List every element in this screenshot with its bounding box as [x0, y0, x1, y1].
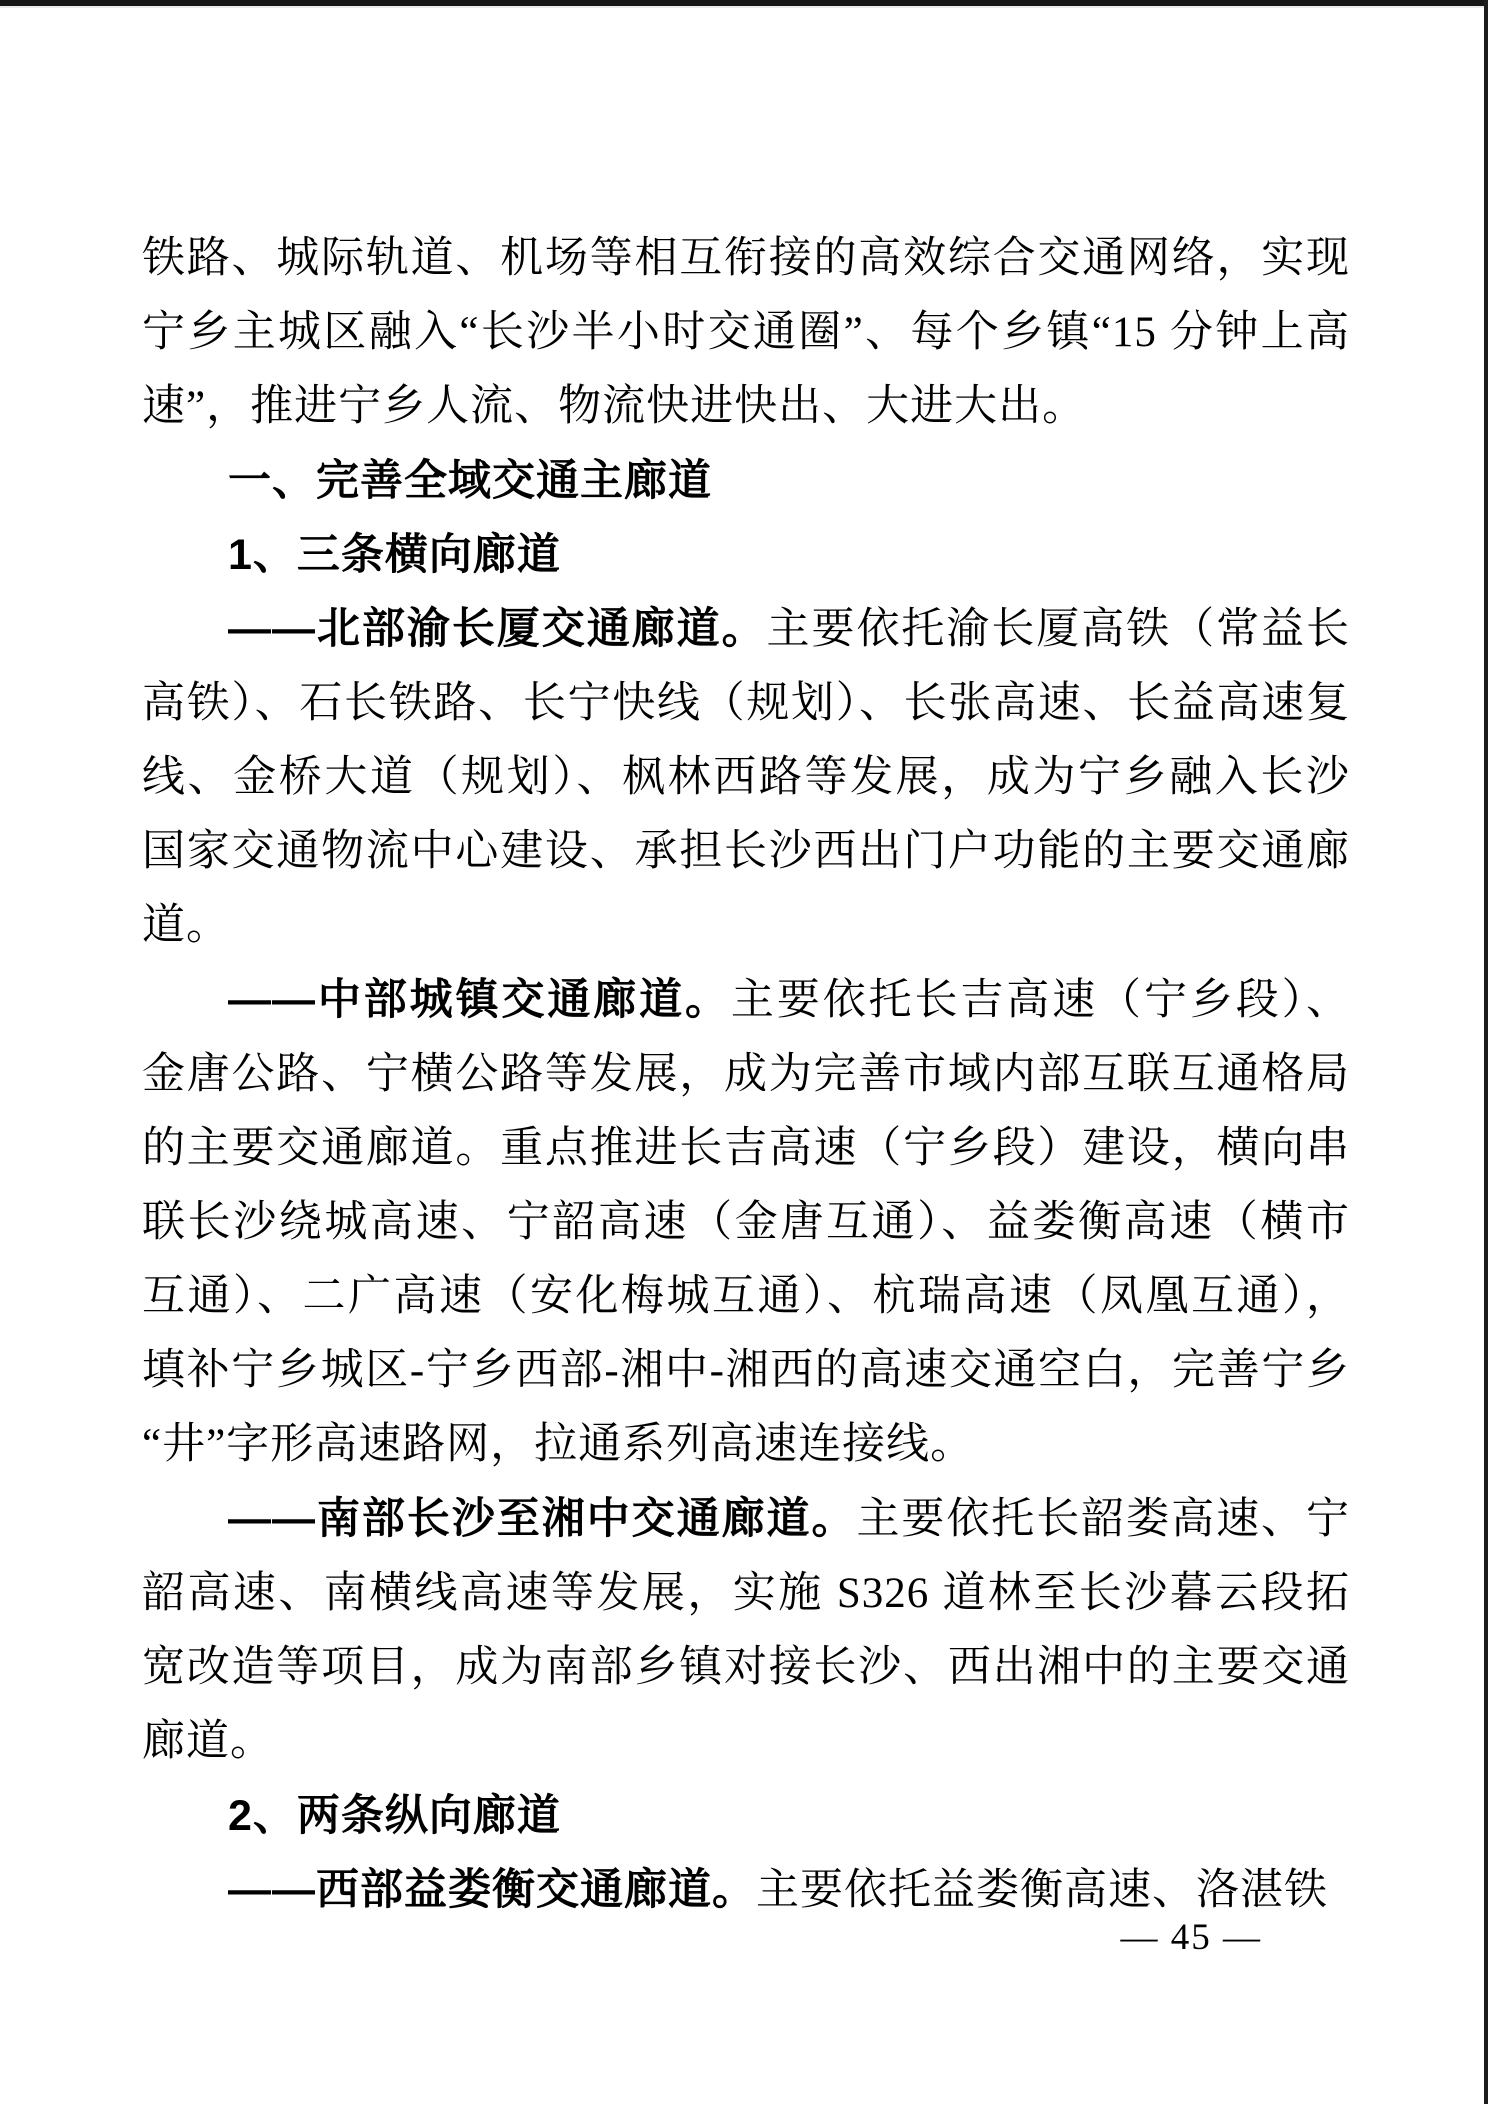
- paragraph-west-body: 主要依托益娄衡高速、洛湛铁: [756, 1867, 1328, 1914]
- paragraph-central-body: 主要依托长吉高速（宁乡段）、金唐公路、宁横公路等发展，成为完善市域内部互联互通格…: [142, 977, 1350, 1468]
- paragraph-west-lead: ——西部益娄衡交通廊道。: [228, 1866, 756, 1914]
- page-number: — 45 —: [1121, 1918, 1263, 1958]
- paragraph-south-lead: ——南部长沙至湘中交通廊道。: [228, 1495, 856, 1543]
- paragraph-north-corridor: ——北部渝长厦交通廊道。主要依托渝长厦高铁（常益长高铁）、石长铁路、长宁快线（规…: [142, 592, 1350, 963]
- paragraph-intro: 铁路、城际轨道、机场等相互衔接的高效综合交通网络，实现宁乡主城区融入“长沙半小时…: [142, 222, 1350, 444]
- paragraph-central-lead: ——中部城镇交通廊道。: [228, 976, 731, 1024]
- scan-right-edge: [1484, 0, 1488, 2104]
- document-body: 铁路、城际轨道、机场等相互衔接的高效综合交通网络，实现宁乡主城区融入“长沙半小时…: [142, 222, 1350, 1928]
- paragraph-north-body: 主要依托渝长厦高铁（常益长高铁）、石长铁路、长宁快线（规划）、长张高速、长益高速…: [142, 606, 1350, 949]
- heading-subsection-1-1: 1、三条横向廊道: [142, 518, 1350, 592]
- paragraph-central-corridor: ——中部城镇交通廊道。主要依托长吉高速（宁乡段）、金唐公路、宁横公路等发展，成为…: [142, 963, 1350, 1482]
- paragraph-south-corridor: ——南部长沙至湘中交通廊道。主要依托长韶娄高速、宁韶高速、南横线高速等发展，实施…: [142, 1482, 1350, 1779]
- paragraph-north-lead: ——北部渝长厦交通廊道。: [228, 605, 767, 653]
- heading-section-1: 一、完善全域交通主廊道: [142, 444, 1350, 518]
- scan-top-edge: [0, 0, 1488, 8]
- document-page: 铁路、城际轨道、机场等相互衔接的高效综合交通网络，实现宁乡主城区融入“长沙半小时…: [0, 0, 1488, 2104]
- heading-subsection-1-2: 2、两条纵向廊道: [142, 1779, 1350, 1853]
